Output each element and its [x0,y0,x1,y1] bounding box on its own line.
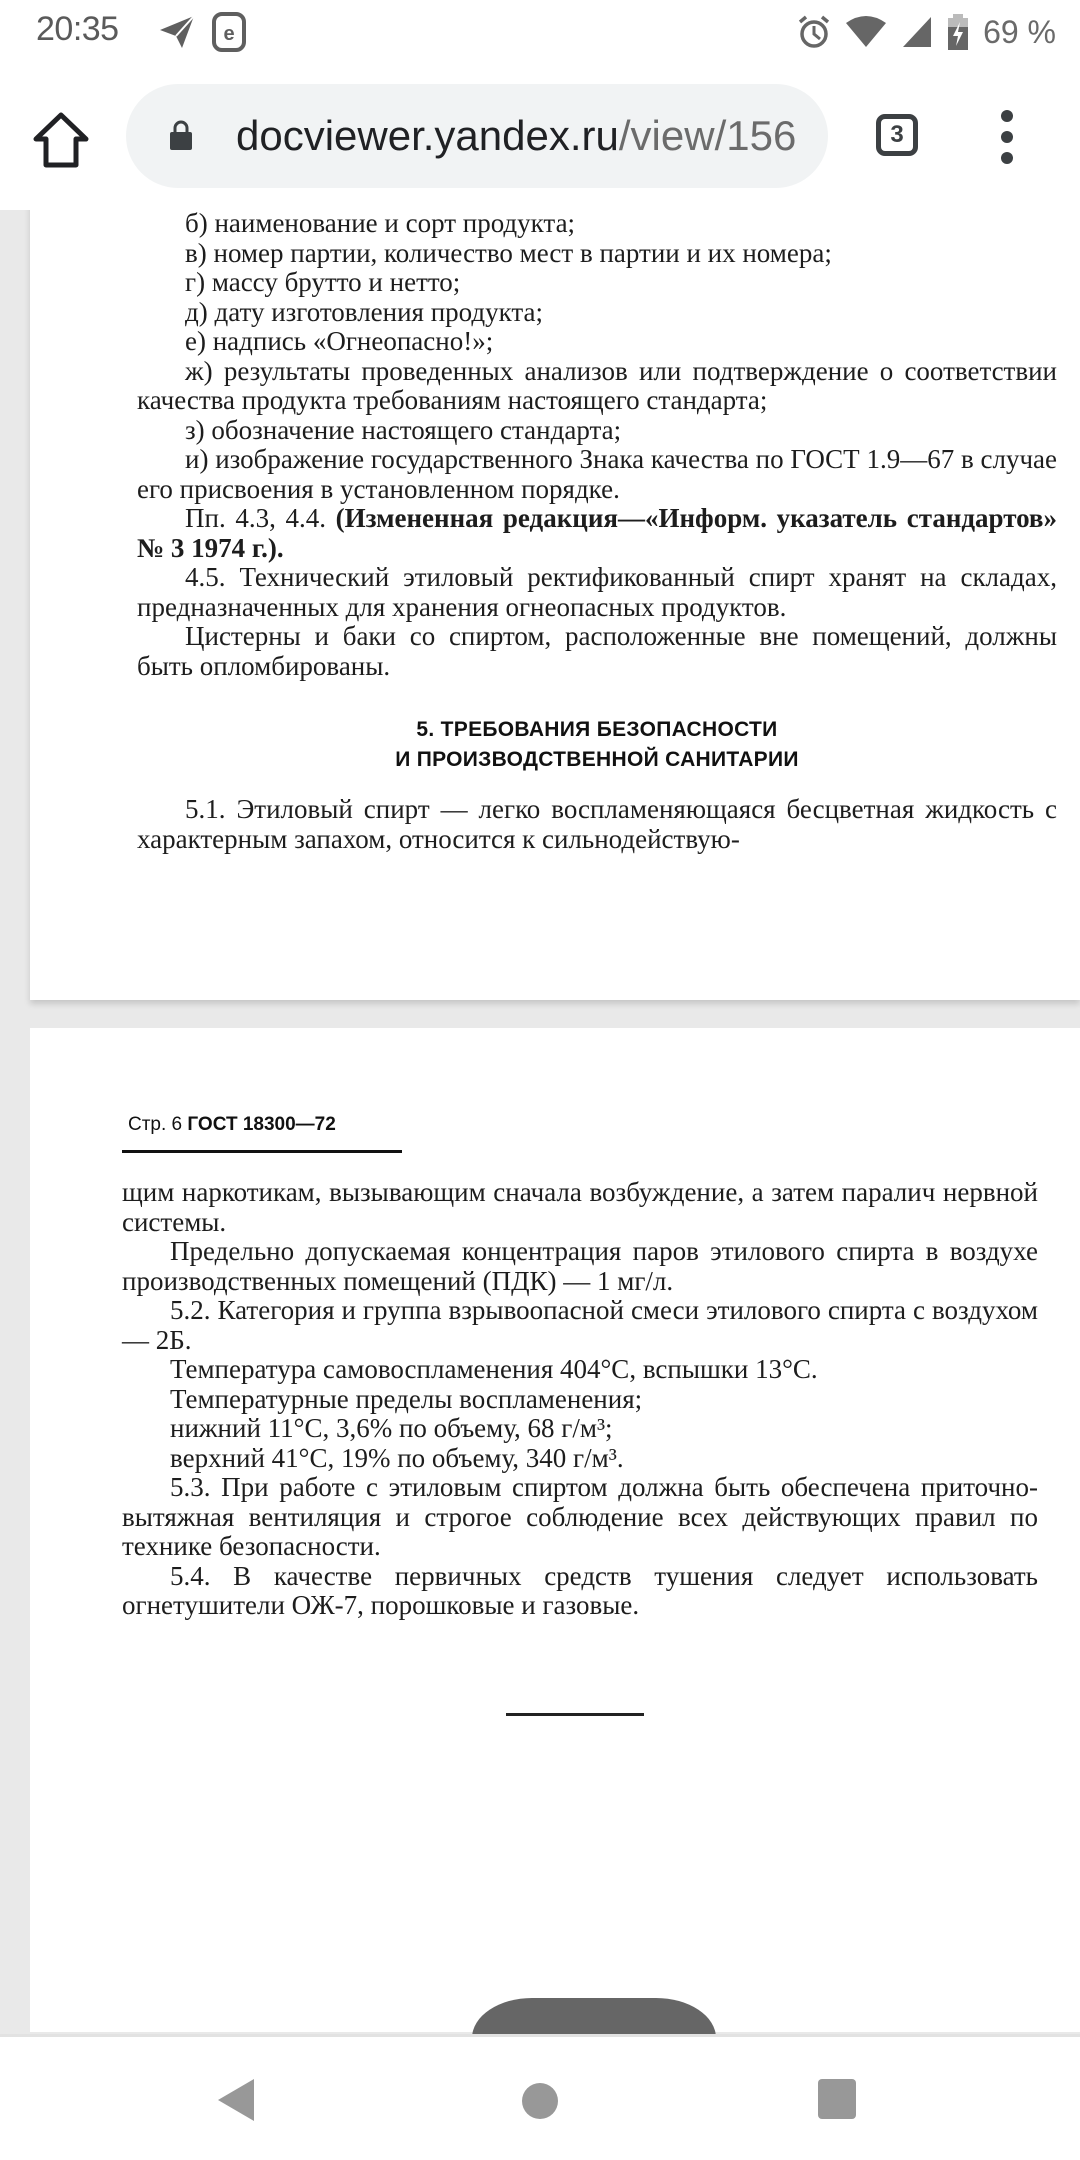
running-head: Стр. 6 ГОСТ 18300—72 [128,1114,336,1136]
paragraph-5-3: 5.3. При работе с этиловым спиртом должн… [122,1473,1038,1562]
status-bar: 20:35 e 69 % [0,0,1080,64]
url-path: /view/156 [619,112,796,159]
list-item: б) наименование и сорт продукта; [137,210,1057,239]
back-icon[interactable] [218,2079,254,2121]
page1-text: знак; б) наименование и сорт продукта; в… [137,210,1057,854]
list-item: з) обозначение настоящего стандарта; [137,416,1057,446]
more-vert-icon[interactable] [992,110,1022,166]
url-text[interactable]: docviewer.yandex.ru/view/156 [236,112,816,160]
list-item: в) номер партии, количество мест в парти… [137,239,1057,269]
paragraph-5-1-cont: щим наркотикам, вызывающим сначала возбу… [122,1178,1038,1237]
paragraph-upper: верхний 41°С, 19% по объему, 340 г/м³. [122,1444,1038,1474]
paragraph-4-5: 4.5. Технический этиловый ректификованны… [137,563,1057,622]
tab-switcher-button[interactable]: 3 [876,114,918,156]
battery-charging-icon [947,14,969,50]
list-item: и) изображение государственного Знака ка… [137,445,1057,504]
battery-percent: 69 % [983,14,1056,51]
paragraph-5-2: 5.2. Категория и группа взрывоопасной см… [122,1296,1038,1355]
status-icons: 69 % [797,10,1056,54]
document-page-6: Стр. 6 ГОСТ 18300—72 щим наркотикам, выз… [30,1028,1080,2032]
paragraph-limits: Температурные пределы воспламенения; [122,1385,1038,1415]
browser-toolbar: docviewer.yandex.ru/view/156 3 [0,64,1080,210]
paragraph-5-4: 5.4. В качестве первичных средств тушени… [122,1562,1038,1621]
home-circle-icon[interactable] [522,2083,558,2119]
running-head-rule [122,1150,402,1153]
document-viewport[interactable]: знак; б) наименование и сорт продукта; в… [0,210,1080,2032]
cellular-signal-icon [901,15,933,49]
url-host: docviewer.yandex.ru [236,112,619,159]
wifi-icon [845,15,887,49]
paragraph-temp: Температура самовоспламенения 404°С, всп… [122,1355,1038,1385]
status-time: 20:35 [36,10,119,49]
svg-text:e: e [223,23,234,45]
section-heading: 5. ТРЕБОВАНИЯ БЕЗОПАСНОСТИ И ПРОИЗВОДСТВ… [137,715,1057,775]
address-bar[interactable]: docviewer.yandex.ru/view/156 [126,84,828,188]
paragraph-pdk: Предельно допускаемая концентрация паров… [122,1237,1038,1296]
page2-text: щим наркотикам, вызывающим сначала возбу… [122,1178,1038,1621]
home-icon[interactable] [30,109,92,171]
paragraph-lower: нижний 11°С, 3,6% по объему, 68 г/м³; [122,1414,1038,1444]
list-item: ж) результаты проведенных анализов или п… [137,357,1057,416]
list-item: г) массу брутто и нетто; [137,268,1057,298]
paragraph-4-5-tanks: Цистерны и баки со спиртом, расположенны… [137,622,1057,681]
list-item: е) надпись «Огнеопасно!»; [137,327,1057,357]
paragraph-5-1: 5.1. Этиловый спирт — легко воспламеняющ… [137,795,1057,854]
amendment-note: Пп. 4.3, 4.4. (Измененная редакция—«Инфо… [137,504,1057,563]
e-app-icon: e [212,12,246,52]
telegram-icon [158,14,196,50]
recents-icon[interactable] [818,2079,856,2119]
document-page-5: знак; б) наименование и сорт продукта; в… [30,210,1080,1000]
viewer-handle-button[interactable] [472,1998,716,2038]
system-nav-bar [0,2034,1080,2160]
alarm-icon [797,14,831,50]
lock-icon [170,120,192,150]
end-rule [506,1713,644,1716]
list-item: д) дату изготовления продукта; [137,298,1057,328]
